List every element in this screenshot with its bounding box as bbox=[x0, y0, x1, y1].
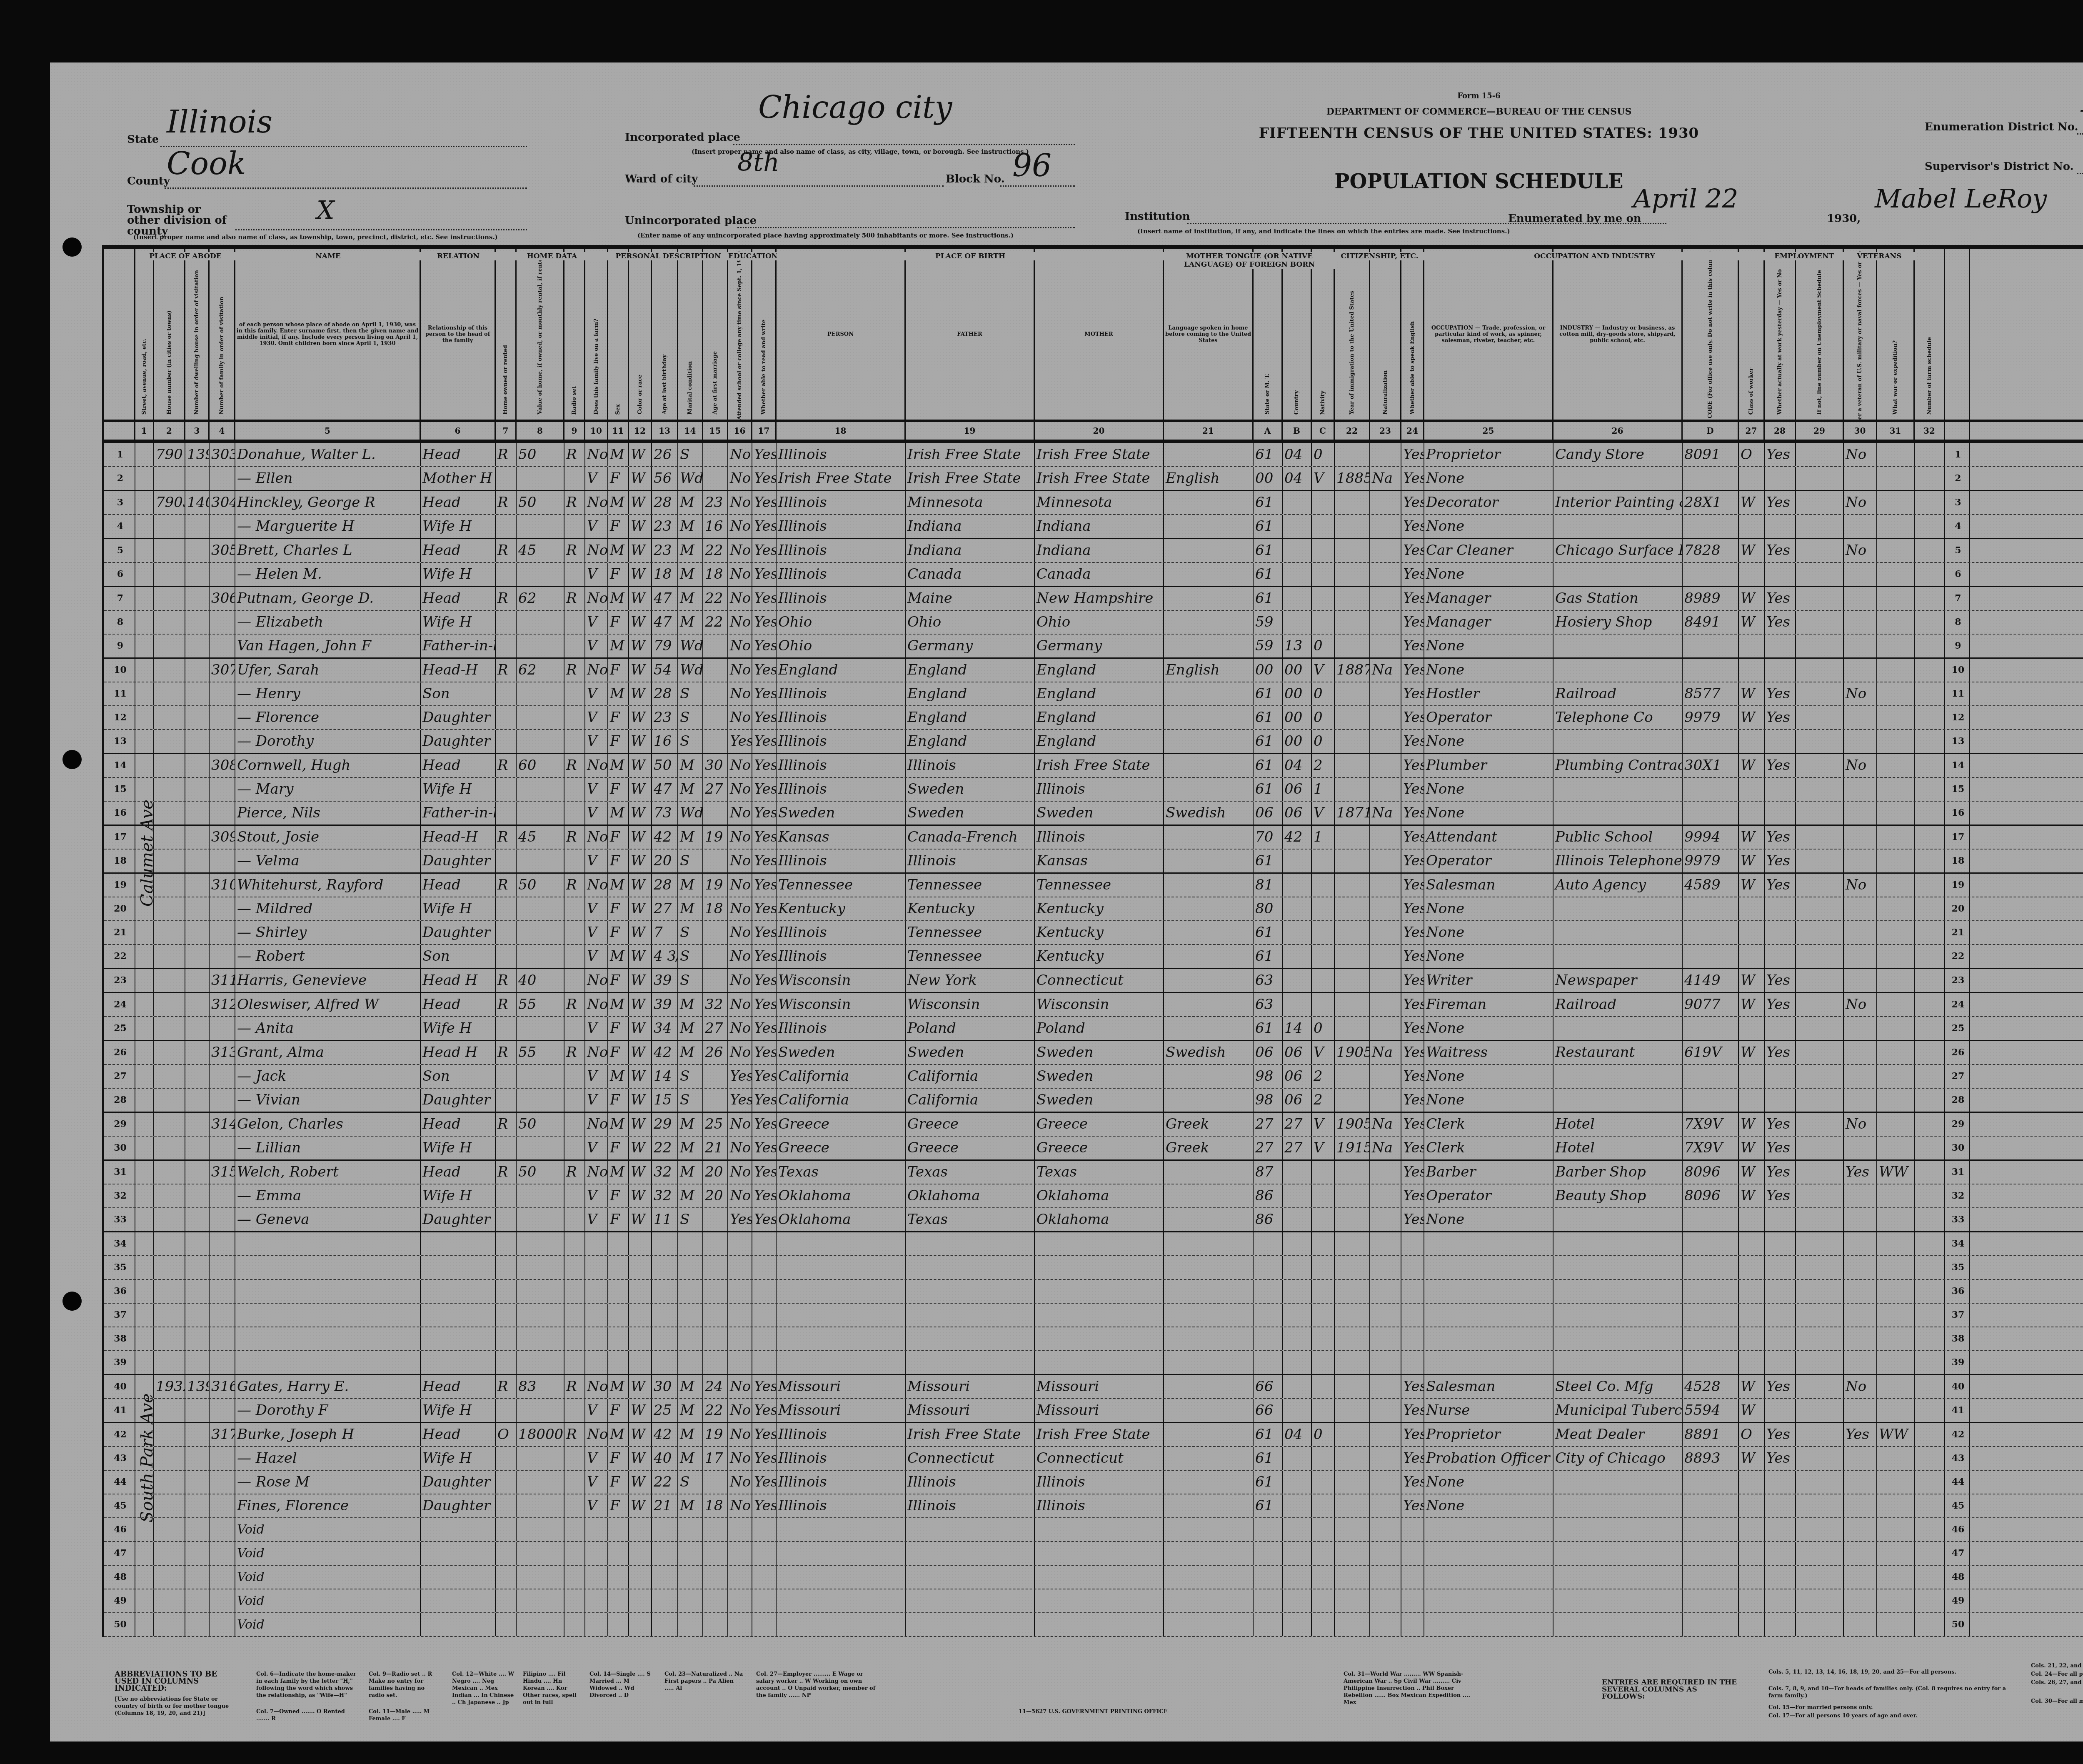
group-personal: PERSONAL DESCRIPTION bbox=[608, 252, 728, 260]
institution-note: (Insert name of institution, if any, and… bbox=[1137, 227, 1510, 235]
cell-value bbox=[517, 1589, 564, 1612]
cell-name: — Helen M. bbox=[235, 563, 421, 586]
cell-war bbox=[1877, 539, 1915, 562]
cell-sex: F bbox=[608, 659, 629, 682]
cell-relation: Wife H bbox=[421, 515, 496, 538]
cell-industry: Candy Store bbox=[1554, 443, 1683, 466]
cell-line: 20 bbox=[1945, 897, 1970, 920]
cell-line: 34 bbox=[104, 1232, 135, 1255]
cell-farm-no bbox=[1915, 1137, 1945, 1159]
cell-name: Void bbox=[235, 1542, 421, 1565]
cell-school: No bbox=[728, 897, 752, 920]
column-label: Value of home, if owned, or monthly rent… bbox=[537, 255, 543, 415]
cell-sex: F bbox=[608, 1017, 629, 1040]
cell-code-b: 06 bbox=[1283, 1041, 1312, 1064]
cell-farm: No bbox=[585, 754, 608, 777]
cell-code-d bbox=[1683, 1471, 1739, 1494]
cell-radio bbox=[564, 563, 585, 586]
cell-house: 7907 bbox=[154, 443, 185, 466]
group-relation: RELATION bbox=[421, 252, 496, 260]
cell-family bbox=[210, 1232, 235, 1255]
cell-race: W bbox=[629, 1041, 652, 1064]
cell-radio bbox=[564, 1589, 585, 1612]
cell-natz bbox=[1370, 1161, 1401, 1184]
cell-industry: Auto Agency bbox=[1554, 874, 1683, 897]
cell-street bbox=[135, 1161, 154, 1184]
cell-line: 4 bbox=[104, 515, 135, 538]
cell-industry bbox=[1554, 1327, 1683, 1350]
cell-natz bbox=[1370, 1399, 1401, 1422]
cell-unemp-line bbox=[1796, 1518, 1844, 1541]
cell-birth: Missouri bbox=[777, 1375, 906, 1398]
cell-marital bbox=[678, 1327, 703, 1350]
cell-immig bbox=[1335, 897, 1370, 920]
cell-dwelling bbox=[185, 1518, 210, 1541]
state-label: State bbox=[127, 133, 159, 146]
colnum-sex: 11 bbox=[608, 422, 629, 440]
cell-industry: Hotel bbox=[1554, 1137, 1683, 1159]
cell-english: Yes bbox=[1401, 897, 1424, 920]
cell-industry bbox=[1554, 1256, 1683, 1279]
cell-war: WW bbox=[1877, 1161, 1915, 1184]
cell-relation bbox=[421, 1542, 496, 1565]
cell-occupation: None bbox=[1424, 897, 1554, 920]
cell-race: W bbox=[629, 921, 652, 944]
cell-natz bbox=[1370, 730, 1401, 753]
cell-line: 29 bbox=[1945, 1113, 1970, 1136]
table-row: 27— JackSonVMW14SYesYesCaliforniaCalifor… bbox=[104, 1065, 2083, 1089]
cell-house bbox=[154, 1041, 185, 1064]
cell-war bbox=[1877, 563, 1915, 586]
cell-relation bbox=[421, 1613, 496, 1636]
cell-birth: Wisconsin bbox=[777, 993, 906, 1016]
cell-veteran: No bbox=[1844, 1113, 1877, 1136]
cell-code-a bbox=[1254, 1351, 1283, 1374]
cell-race: W bbox=[629, 1184, 652, 1207]
cell-english bbox=[1401, 1613, 1424, 1636]
cell-natz bbox=[1370, 921, 1401, 944]
col11-note: Col. 11—Male ..... M Female .... F bbox=[369, 1708, 435, 1722]
cell-mother-birth: Tennessee bbox=[1035, 874, 1164, 897]
cell-marital: M bbox=[678, 563, 703, 586]
cell-age-married: 22 bbox=[703, 1399, 728, 1422]
table-row: 15— MaryWife HVFW47M27NoYesIllinoisSwede… bbox=[104, 778, 2083, 802]
column-label: of each person whose place of abode on A… bbox=[236, 322, 419, 347]
cell-at-work bbox=[1765, 921, 1796, 944]
cell-immig bbox=[1335, 1471, 1370, 1494]
cell-code-a bbox=[1254, 1280, 1283, 1303]
cell-class bbox=[1739, 563, 1765, 586]
cell-race bbox=[629, 1518, 652, 1541]
cell-race: W bbox=[629, 730, 652, 753]
cell-marital bbox=[678, 1613, 703, 1636]
cell-father-birth: Tennessee bbox=[906, 945, 1035, 968]
cell-value: 62 bbox=[517, 587, 564, 610]
cell-name: — Vivian bbox=[235, 1089, 421, 1112]
cell-line: 44 bbox=[1945, 1471, 1970, 1494]
cell-veteran bbox=[1844, 826, 1877, 849]
cell-farm bbox=[585, 1327, 608, 1350]
cell-english: Yes bbox=[1401, 730, 1424, 753]
cell-industry: Barber Shop bbox=[1554, 1161, 1683, 1184]
cell-age: 28 bbox=[652, 682, 678, 705]
margin-street-name: Calumet Ave bbox=[137, 800, 157, 907]
cell-sex: F bbox=[608, 611, 629, 634]
cell-code-d bbox=[1683, 1351, 1739, 1374]
cell-house bbox=[154, 1017, 185, 1040]
cell-line: 32 bbox=[1945, 1184, 1970, 1207]
cell-natz bbox=[1370, 1089, 1401, 1112]
colnum-own: 7 bbox=[496, 422, 517, 440]
cell-read: Yes bbox=[752, 682, 777, 705]
cell-natz bbox=[1370, 1566, 1401, 1589]
cell-race: W bbox=[629, 1017, 652, 1040]
cell-birth: Sweden bbox=[777, 1041, 906, 1064]
cell-veteran: Yes bbox=[1844, 1161, 1877, 1184]
header-street: Street, avenue, road, etc. bbox=[135, 249, 154, 420]
cell-veteran bbox=[1844, 1184, 1877, 1207]
cell-dwelling bbox=[185, 1280, 210, 1303]
cell-code-a bbox=[1254, 1589, 1283, 1612]
cell-farm: No bbox=[585, 1375, 608, 1398]
cell-at-work bbox=[1765, 515, 1796, 538]
cell-code-c bbox=[1312, 1280, 1335, 1303]
cell-war bbox=[1877, 1399, 1915, 1422]
cell-name: Burke, Joseph H bbox=[235, 1423, 421, 1446]
table-row: 3939 bbox=[104, 1351, 2083, 1375]
cell-veteran bbox=[1844, 1542, 1877, 1565]
cell-name: Brett, Charles L bbox=[235, 539, 421, 562]
cell-dwelling bbox=[185, 1589, 210, 1612]
cell-natz bbox=[1370, 1208, 1401, 1231]
cell-industry bbox=[1554, 897, 1683, 920]
cell-occupation: None bbox=[1424, 1017, 1554, 1040]
cell-immig bbox=[1335, 1566, 1370, 1589]
cell-street bbox=[135, 659, 154, 682]
cell-natz bbox=[1370, 1304, 1401, 1327]
cell-marital: M bbox=[678, 778, 703, 801]
col23-note: Col. 23—Naturalized .. Na First papers .… bbox=[664, 1671, 744, 1692]
cell-code-a: 61 bbox=[1254, 1471, 1283, 1494]
cell-school: No bbox=[728, 682, 752, 705]
cell-class: W bbox=[1739, 682, 1765, 705]
cell-value: 50 bbox=[517, 443, 564, 466]
cell-mother-birth: Illinois bbox=[1035, 1471, 1164, 1494]
cell-read: Yes bbox=[752, 611, 777, 634]
cell-age bbox=[652, 1351, 678, 1374]
cell-birth: Illinois bbox=[777, 850, 906, 872]
column-label: Sex bbox=[615, 404, 621, 415]
cell-own bbox=[496, 1542, 517, 1565]
cell-line: 36 bbox=[1945, 1280, 1970, 1303]
ward-value: 8th bbox=[737, 148, 779, 177]
form-number: Form 15-6 bbox=[1146, 92, 1812, 100]
cell-radio bbox=[564, 778, 585, 801]
cell-age-married bbox=[703, 467, 728, 490]
cell-industry bbox=[1554, 1494, 1683, 1517]
cell-line: 2 bbox=[1945, 467, 1970, 490]
cell-war bbox=[1877, 706, 1915, 729]
cell-war bbox=[1877, 467, 1915, 490]
cell-house bbox=[154, 706, 185, 729]
cell-natz: Na bbox=[1370, 467, 1401, 490]
cell-dwelling bbox=[185, 467, 210, 490]
colnum-natz: 23 bbox=[1370, 422, 1401, 440]
cell-farm-no bbox=[1915, 993, 1945, 1016]
cell-marital: S bbox=[678, 1208, 703, 1231]
cell-sex: F bbox=[608, 969, 629, 992]
header-mother-birth: MOTHER bbox=[1035, 249, 1164, 420]
cell-line: 36 bbox=[104, 1280, 135, 1303]
cell-age bbox=[652, 1327, 678, 1350]
cell-school: No bbox=[728, 1161, 752, 1184]
cell-natz: Na bbox=[1370, 1113, 1401, 1136]
cell-veteran: No bbox=[1844, 754, 1877, 777]
cell-code-b: 42 bbox=[1283, 826, 1312, 849]
cell-veteran bbox=[1844, 1041, 1877, 1064]
cell-father-birth: California bbox=[906, 1065, 1035, 1088]
cell-race: W bbox=[629, 754, 652, 777]
cell-age-married bbox=[703, 1065, 728, 1088]
cell-street bbox=[135, 1542, 154, 1565]
cell-age: 27 bbox=[652, 897, 678, 920]
cell-name: — Rose M bbox=[235, 1471, 421, 1494]
cell-age-married bbox=[703, 1518, 728, 1541]
cell-house bbox=[154, 1494, 185, 1517]
cell-age-married: 22 bbox=[703, 587, 728, 610]
cell-house bbox=[154, 1280, 185, 1303]
cell-war bbox=[1877, 587, 1915, 610]
cell-industry bbox=[1554, 1065, 1683, 1088]
cell-age bbox=[652, 1256, 678, 1279]
cell-farm: V bbox=[585, 897, 608, 920]
cell-dwelling bbox=[185, 1423, 210, 1446]
cell-own bbox=[496, 1065, 517, 1088]
cell-class bbox=[1739, 1327, 1765, 1350]
cell-read: Yes bbox=[752, 1113, 777, 1136]
cell-sex: M bbox=[608, 682, 629, 705]
table-row: 28— VivianDaughterVFW15SYesYesCalifornia… bbox=[104, 1089, 2083, 1113]
table-row: 45Fines, FlorenceDaughterVFW21M18NoYesIl… bbox=[104, 1494, 2083, 1518]
table-row: 401932139316Gates, Harry E.HeadR83RNoMW3… bbox=[104, 1375, 2083, 1399]
cell-farm: No bbox=[585, 1423, 608, 1446]
cell-race: W bbox=[629, 491, 652, 514]
cell-code-c bbox=[1312, 1471, 1335, 1494]
cell-birth: Illinois bbox=[777, 443, 906, 466]
cell-value bbox=[517, 1137, 564, 1159]
cell-natz bbox=[1370, 635, 1401, 657]
cell-relation: Daughter bbox=[421, 1089, 496, 1112]
cell-relation: Head H bbox=[421, 1041, 496, 1064]
cell-dwelling bbox=[185, 1089, 210, 1112]
cell-own bbox=[496, 1589, 517, 1612]
cell-farm-no bbox=[1915, 1256, 1945, 1279]
cell-industry bbox=[1554, 515, 1683, 538]
cell-farm-no bbox=[1915, 611, 1945, 634]
cell-unemp-line bbox=[1796, 778, 1844, 801]
cell-immig bbox=[1335, 730, 1370, 753]
cell-read bbox=[752, 1327, 777, 1350]
cell-war bbox=[1877, 1208, 1915, 1231]
table-row: 20— MildredWife HVFW27M18NoYesKentuckyKe… bbox=[104, 897, 2083, 921]
cell-farm: V bbox=[585, 611, 608, 634]
cell-code-d bbox=[1683, 1089, 1739, 1112]
cell-veteran: No bbox=[1844, 443, 1877, 466]
cell-english: Yes bbox=[1401, 706, 1424, 729]
cell-farm: V bbox=[585, 921, 608, 944]
cell-industry: Restaurant bbox=[1554, 1041, 1683, 1064]
cell-father-birth bbox=[906, 1566, 1035, 1589]
cell-veteran bbox=[1844, 850, 1877, 872]
cell-name: — Anita bbox=[235, 1017, 421, 1040]
header-race: Color or race bbox=[629, 249, 652, 420]
cell-occupation: Salesman bbox=[1424, 1375, 1554, 1398]
cell-unemp-line bbox=[1796, 706, 1844, 729]
table-row: 12— FlorenceDaughterVFW23SNoYesIllinoisE… bbox=[104, 706, 2083, 730]
colnum-unemp-line: 29 bbox=[1796, 422, 1844, 440]
cell-code-d bbox=[1683, 945, 1739, 968]
cell-family bbox=[210, 1351, 235, 1374]
cell-at-work: Yes bbox=[1765, 1041, 1796, 1064]
cell-code-c bbox=[1312, 1375, 1335, 1398]
cell-industry bbox=[1554, 1232, 1683, 1255]
cell-age: 14 bbox=[652, 1065, 678, 1088]
cell-read: Yes bbox=[752, 1065, 777, 1088]
cell-industry: Railroad bbox=[1554, 682, 1683, 705]
column-label: Does this family live on a farm? bbox=[593, 319, 599, 415]
cell-sex: M bbox=[608, 491, 629, 514]
cell-farm-no bbox=[1915, 1280, 1945, 1303]
cell-occupation: Car Cleaner bbox=[1424, 539, 1554, 562]
cell-farm-no bbox=[1915, 563, 1945, 586]
cell-line: 32 bbox=[104, 1184, 135, 1207]
cell-english: Yes bbox=[1401, 443, 1424, 466]
cell-marital: S bbox=[678, 706, 703, 729]
group-citizenship: CITIZENSHIP, ETC. bbox=[1335, 252, 1424, 260]
cell-code-d: 8577 bbox=[1683, 682, 1739, 705]
cell-code-d: 619V bbox=[1683, 1041, 1739, 1064]
table-body: 17907139303Donahue, Walter L.HeadR50RNoM… bbox=[104, 443, 2083, 1637]
cell-code-d: 30X1 bbox=[1683, 754, 1739, 777]
cell-at-work: Yes bbox=[1765, 1137, 1796, 1159]
cell-name: Hinckley, George R bbox=[235, 491, 421, 514]
cell-mother-birth bbox=[1035, 1304, 1164, 1327]
cell-birth: Missouri bbox=[777, 1399, 906, 1422]
cell-own bbox=[496, 1304, 517, 1327]
cell-industry: Public School bbox=[1554, 826, 1683, 849]
cell-line: 7 bbox=[1945, 587, 1970, 610]
cell-house: 7903 bbox=[154, 491, 185, 514]
cell-birth bbox=[777, 1327, 906, 1350]
cell-house bbox=[154, 778, 185, 801]
cell-name: Void bbox=[235, 1613, 421, 1636]
cell-house bbox=[154, 1518, 185, 1541]
cell-at-work: Yes bbox=[1765, 754, 1796, 777]
cell-value bbox=[517, 897, 564, 920]
cell-relation: Mother H bbox=[421, 467, 496, 490]
cell-father-birth bbox=[906, 1304, 1035, 1327]
cell-code-c bbox=[1312, 1208, 1335, 1231]
cell-line: 18 bbox=[104, 850, 135, 872]
cell-radio bbox=[564, 1280, 585, 1303]
cell-tongue bbox=[1164, 1280, 1254, 1303]
cell-race: W bbox=[629, 874, 652, 897]
cell-age: 11 bbox=[652, 1208, 678, 1231]
group-abode: PLACE OF ABODE bbox=[135, 252, 235, 260]
cell-veteran bbox=[1844, 611, 1877, 634]
cell-code-d bbox=[1683, 1208, 1739, 1231]
ed-line bbox=[2077, 133, 2083, 135]
cell-value bbox=[517, 1447, 564, 1470]
colnum-father-birth: 19 bbox=[906, 422, 1035, 440]
cell-sex: M bbox=[608, 754, 629, 777]
cell-mother-birth: Poland bbox=[1035, 1017, 1164, 1040]
cell-code-b: 06 bbox=[1283, 802, 1312, 825]
cell-age-married bbox=[703, 1542, 728, 1565]
cell-line: 2 bbox=[104, 467, 135, 490]
cell-name: — Mary bbox=[235, 778, 421, 801]
cell-birth: Illinois bbox=[777, 587, 906, 610]
cell-unemp-line bbox=[1796, 682, 1844, 705]
cell-veteran bbox=[1844, 945, 1877, 968]
cell-sex: M bbox=[608, 539, 629, 562]
cell-natz bbox=[1370, 1589, 1401, 1612]
cell-father-birth: Greece bbox=[906, 1113, 1035, 1136]
cell-age bbox=[652, 1589, 678, 1612]
cell-occupation: Barber bbox=[1424, 1161, 1554, 1184]
column-label: Marital condition bbox=[687, 361, 693, 415]
cell-farm: V bbox=[585, 515, 608, 538]
cell-marital: S bbox=[678, 730, 703, 753]
cell-read bbox=[752, 1304, 777, 1327]
cell-code-d bbox=[1683, 1065, 1739, 1088]
cell-war bbox=[1877, 1065, 1915, 1088]
cell-father-birth bbox=[906, 1613, 1035, 1636]
cell-veteran bbox=[1844, 730, 1877, 753]
cell-war bbox=[1877, 1566, 1915, 1589]
cell-code-c bbox=[1312, 1613, 1335, 1636]
cell-street bbox=[135, 1256, 154, 1279]
cell-radio bbox=[564, 1613, 585, 1636]
cell-age bbox=[652, 1304, 678, 1327]
cell-farm-no bbox=[1915, 539, 1945, 562]
cell-code-b: 04 bbox=[1283, 1423, 1312, 1446]
cell-farm bbox=[585, 1518, 608, 1541]
cell-line: 35 bbox=[1945, 1256, 1970, 1279]
cell-school: No bbox=[728, 1375, 752, 1398]
header-line bbox=[104, 249, 135, 420]
cell-war bbox=[1877, 993, 1915, 1016]
cell-code-d bbox=[1683, 1017, 1739, 1040]
cell-english bbox=[1401, 1351, 1424, 1374]
cell-value: 50 bbox=[517, 1161, 564, 1184]
cell-at-work bbox=[1765, 1327, 1796, 1350]
cell-house bbox=[154, 1471, 185, 1494]
cell-age-married bbox=[703, 730, 728, 753]
cell-english: Yes bbox=[1401, 921, 1424, 944]
header-house: House number (in cities or towns) bbox=[154, 249, 185, 420]
header-read: Whether able to read and write bbox=[752, 249, 777, 420]
cell-radio bbox=[564, 945, 585, 968]
table-row: 3636 bbox=[104, 1280, 2083, 1304]
cell-birth bbox=[777, 1542, 906, 1565]
cell-code-d bbox=[1683, 1542, 1739, 1565]
cell-age: 7 bbox=[652, 921, 678, 944]
cell-radio bbox=[564, 1542, 585, 1565]
cell-war bbox=[1877, 682, 1915, 705]
cell-english: Yes bbox=[1401, 1471, 1424, 1494]
cell-farm-no bbox=[1915, 1113, 1945, 1136]
